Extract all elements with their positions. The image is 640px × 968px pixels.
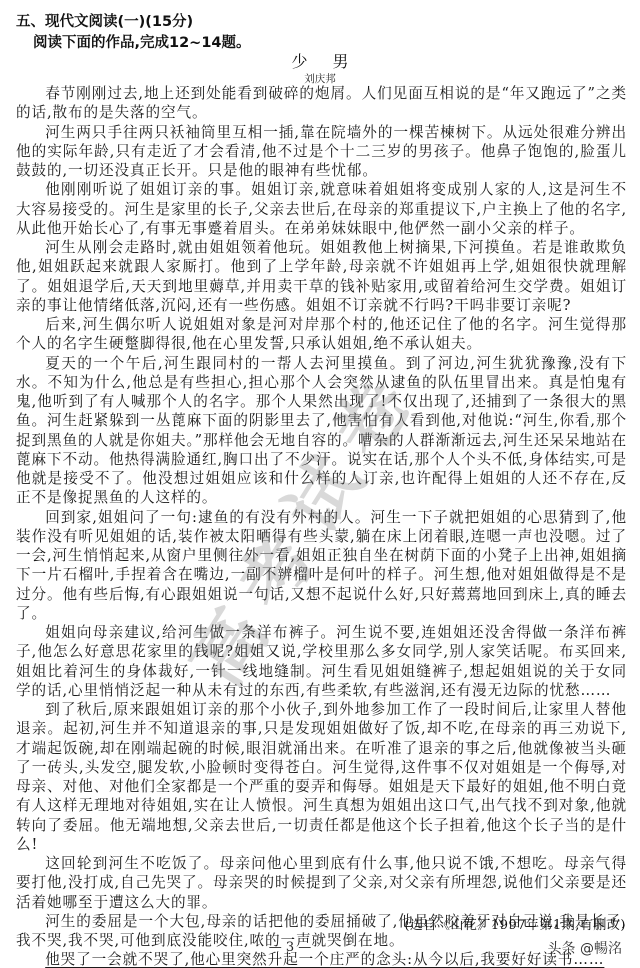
source-citation: (选自《山花》1997年第1期,有删改) — [404, 917, 626, 935]
paragraph: 河生两只手往两只袄袖筒里互相一插,靠在院墙外的一棵苦楝树下。从远处很难分辨出他的… — [16, 123, 627, 181]
credit-watermark: 头条 @暢洺 — [548, 938, 622, 958]
paragraph: 河生从刚会走路时,就由姐姐领着他玩。姐姐教他上树摘果,下河摸鱼。若是谁敢欺负他,… — [16, 238, 627, 315]
paragraph: 后来,河生偶尔听人说姐姐对象是河对岸那个村的,他还记住了他的名字。河生觉得那个人… — [16, 315, 627, 354]
article-title: 少 男 — [0, 52, 640, 72]
paragraph: 这回轮到河生不吃饭了。母亲问他心里到底有什么事,他只说不饿,不想吃。母亲气得要打… — [16, 854, 627, 912]
paragraph: 回到家,姐姐问了一句:逮鱼的有没有外村的人。河生一下子就把姐姐的心思猜到了,他装… — [16, 508, 627, 624]
paragraph: 到了秋后,原来跟姐姐订亲的那个小伙子,到外地参加工作了一段时间后,让家里人替他退… — [16, 700, 627, 854]
section-heading: 五、现代文阅读(一)(15分) — [16, 12, 193, 32]
page-number: — 3 — — [0, 940, 640, 955]
paragraph: 春节刚刚过去,地上还到处能看到破碎的炮屑。人们见面互相说的是“年又跑远了”之类的… — [16, 84, 627, 123]
article-body: 春节刚刚过去,地上还到处能看到破碎的炮屑。人们见面互相说的是“年又跑远了”之类的… — [16, 84, 627, 968]
paragraph: 姐姐向母亲建议,给河生做一条洋布裤子。河生说不要,连姐姐还没舍得做一条洋布裤子,… — [16, 623, 627, 700]
paragraph: 夏天的一个午后,河生跟同村的一帮人去河里摸鱼。到了河边,河生犹犹豫豫,没有下水。… — [16, 354, 627, 508]
paragraph: 他刚刚听说了姐姐订亲的事。姐姐订亲,就意味着姐姐将变成别人家的人,这是河生不大容… — [16, 180, 627, 238]
exam-page: 五、现代文阅读(一)(15分) 阅读下面的作品,完成12~14题。 少 男 刘庆… — [0, 0, 640, 968]
instruction-text: 阅读下面的作品,完成12~14题。 — [33, 33, 251, 53]
